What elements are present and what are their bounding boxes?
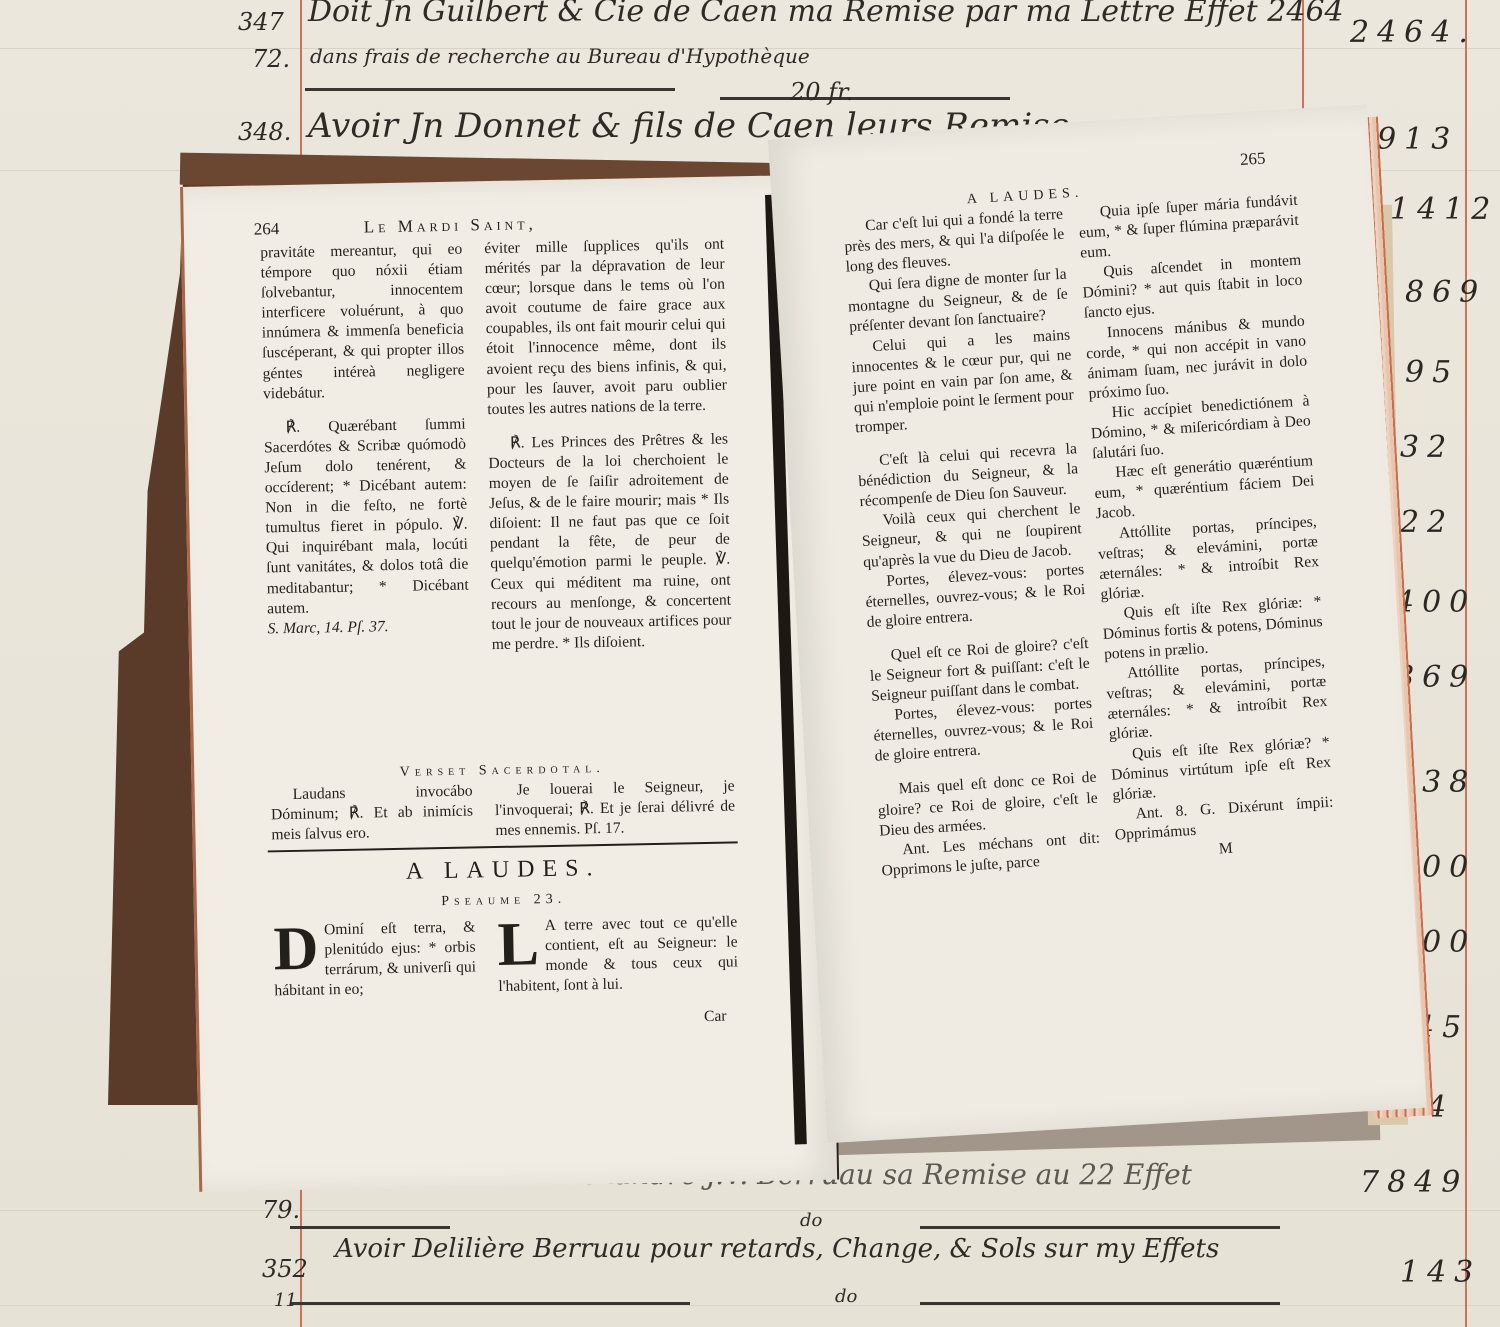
latin-verse: Attóllite portas, príncipes, veſtras; & …	[1096, 512, 1320, 605]
ledger-separator	[305, 88, 675, 91]
verset-french-text: Je louerai le Seigneur, je l'invoquerai;…	[494, 776, 735, 841]
verset-latin-text: Laudans invocábo Dóminum; ℟. Et ab inimí…	[271, 781, 474, 845]
latin-column: pravitáte mereantur, qui eo témpore quo …	[260, 240, 470, 640]
citation: S. Marc, 14. Pſ. 37.	[267, 615, 469, 639]
page-number: 265	[1239, 147, 1300, 171]
ledger-amount: 143	[1400, 1255, 1481, 1290]
french-column: Car c'eſt lui qui a fondé la terre près …	[843, 205, 1102, 882]
latin-text: pravitáte mereantur, qui eo témpore quo …	[260, 240, 465, 405]
section-heading: A LAUDES.	[268, 852, 738, 888]
latin-column: Quia ipſe ſuper mária fundávit eum, * & …	[1077, 191, 1336, 866]
french-text: éviter mille ſupplices qu'ils ont mérité…	[484, 235, 727, 420]
page-number: 264	[254, 219, 280, 239]
ledger-entry-text: Doit Jn Guilbert & Cie de Caen ma Remise…	[308, 0, 1344, 29]
drop-cap: L	[497, 918, 539, 971]
ledger-separator	[290, 1302, 690, 1305]
ledger-amount: 400	[1395, 585, 1476, 620]
ledger-ref: 347	[238, 8, 284, 36]
ledger-line	[0, 1210, 1500, 1211]
ledger-ref: 79.	[262, 1196, 300, 1224]
ledger-amount: 2464.	[1350, 15, 1476, 50]
ledger-entry-text: Avoir Delilière Berruau pour retards, Ch…	[335, 1234, 1219, 1264]
catchword: Car	[704, 1006, 744, 1027]
ledger-separator	[920, 1302, 1280, 1305]
latin-verse: Attóllite portas, príncipes, veſtras; & …	[1105, 652, 1329, 745]
ledger-amount: 1412	[1390, 192, 1498, 227]
french-responsory: ℟. Les Princes des Prêtres & les Docteur…	[488, 429, 732, 655]
ledger-separator	[920, 1226, 1280, 1229]
ledger-amount: 32	[1400, 430, 1454, 465]
french-verse: Celui qui a les mains innocentes & le cœ…	[850, 325, 1076, 438]
ledger-line	[0, 1305, 1500, 1306]
psalm-heading: Pseaume 23.	[269, 888, 739, 913]
drop-cap: D	[273, 922, 319, 975]
ledger-amount: 22	[1400, 505, 1454, 540]
french-column: éviter mille ſupplices qu'ils ont mérité…	[484, 235, 732, 655]
ledger-separator	[720, 97, 1010, 100]
verset-french: Je louerai le Seigneur, je l'invoquerai;…	[494, 776, 735, 841]
verset-latin: Laudans invocábo Dóminum; ℟. Et ab inimí…	[271, 781, 474, 845]
ledger-amount: 7849	[1360, 1165, 1468, 1200]
left-page: 264 Le Mardi Saint, pravitáte mereantur,…	[180, 175, 839, 1192]
ledger-ref: 348.	[238, 118, 291, 146]
ledger-entry-text: dans frais de recherche au Bureau d'Hypo…	[310, 44, 810, 68]
ledger-amount: 869	[1405, 275, 1486, 310]
ledger-ref: 352	[262, 1255, 308, 1283]
ledger-entry-note: 20 fr.	[790, 78, 854, 106]
right-page: 265 A LAUDES. Car c'eſt lui qui a fondé …	[768, 104, 1427, 1143]
ledger-ref: 11	[274, 1290, 297, 1311]
ledger-entry-note: do	[800, 1210, 822, 1231]
latin-verse: Innocens mánibus & mundo corde, * qui no…	[1084, 311, 1308, 404]
running-title: Le Mardi Saint,	[364, 214, 537, 237]
latin-responsory: ℟. Quærébant ſummi Sacerdótes & Scribæ q…	[263, 414, 469, 619]
running-head: 264 Le Mardi Saint,	[254, 209, 795, 219]
ledger-amount: 95	[1405, 355, 1459, 390]
ledger-ref: 72.	[252, 45, 290, 73]
psalm-latin: D Ominí eſt terra, & plenitúdo ejus: * o…	[273, 917, 477, 1001]
ledger-separator	[290, 1226, 450, 1229]
psalm-french: L A terre avec tout ce qu'elle contient,…	[497, 912, 738, 997]
ledger-entry-note: do	[835, 1286, 857, 1307]
